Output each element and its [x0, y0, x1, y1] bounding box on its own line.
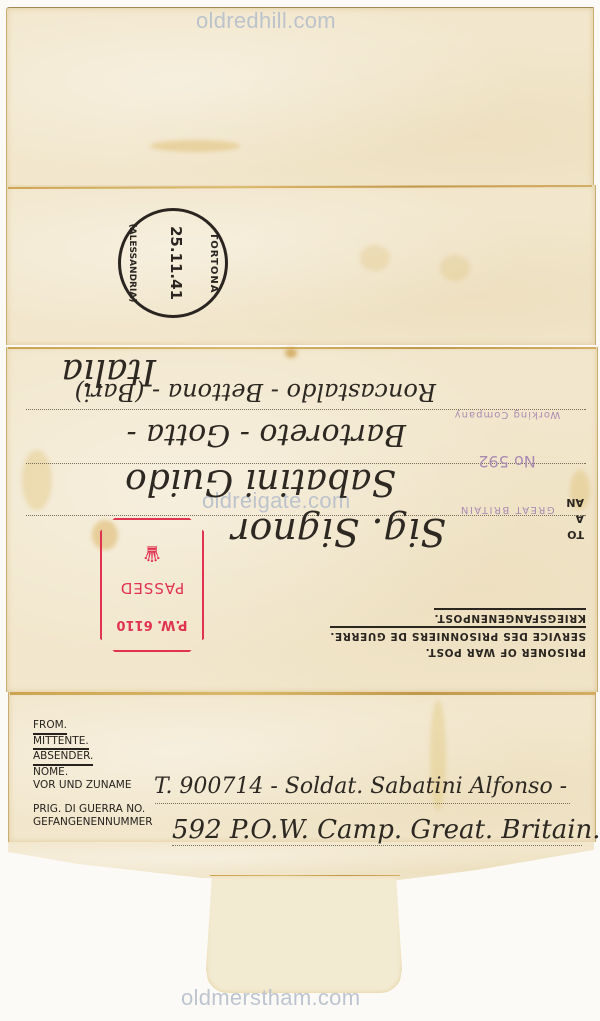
label-prig-di-guerra: PRIG. DI GUERRA NO.: [33, 803, 153, 817]
handwritten-sender-name: T. 900714 - Soldat. Sabatini Alfonso -: [154, 774, 567, 799]
to-label-english: TO: [566, 526, 584, 542]
fold-line: [210, 875, 400, 876]
crown-icon: ♛: [102, 540, 202, 565]
address-section: PRISONER OF WAR POST. SERVICE DES PRISON…: [6, 347, 596, 692]
postmark-town: TORTONA: [208, 211, 219, 315]
stamp-company-number: No 592: [442, 452, 572, 471]
label-mittente: MITTENTE.: [33, 735, 89, 751]
censor-passed-label: PASSED: [102, 579, 202, 597]
envelope-top-flap: [6, 7, 594, 190]
sender-labels: FROM. MITTENTE. ABSENDER. NOME. VOR UND …: [33, 719, 153, 830]
paper-stain: [150, 140, 240, 152]
postmark-stamp: TORTONA 25.11.41 (ALESSANDRIA): [118, 208, 228, 318]
label-absender: ABSENDER.: [33, 750, 93, 766]
envelope-tuck-tab: [206, 875, 402, 993]
sender-name-line: [155, 803, 570, 804]
label-from: FROM.: [33, 719, 67, 735]
pow-post-header: PRISONER OF WAR POST. SERVICE DES PRISON…: [296, 608, 586, 660]
pow-header-english: PRISONER OF WAR POST.: [296, 644, 586, 660]
sender-number-line: [172, 845, 582, 846]
to-labels: TO A AN: [566, 494, 584, 542]
label-nome: NOME.: [33, 766, 153, 780]
handwritten-recipient-title: Sig. Signor: [231, 510, 446, 554]
stamp-country: GREAT BRITAIN: [442, 504, 572, 515]
label-gefangenennummer: GEFANGENENNUMMER: [33, 816, 153, 830]
handwritten-recipient-street: Bartoreto - Gotta -: [126, 417, 406, 452]
censor-passed-stamp: P.W. 6110 PASSED ♛: [100, 518, 204, 652]
fold-line: [10, 692, 596, 695]
handwritten-sender-number: 592 P.O.W. Camp. Great. Britain.: [172, 815, 600, 845]
watermark: oldmerstham.com: [181, 985, 360, 1011]
watermark: oldredhill.com: [196, 8, 336, 34]
handwritten-recipient-name: Sabatini Guido: [125, 461, 396, 502]
paper-stain: [360, 245, 390, 271]
working-company-stamp: GREAT BRITAIN No 592 Working Company: [442, 397, 572, 527]
postmark-province: (ALESSANDRIA): [127, 211, 137, 315]
envelope-postmark-panel: [6, 185, 596, 345]
paper-stain: [440, 255, 470, 281]
stamp-company-label: Working Company: [442, 409, 572, 420]
pow-header-german: KRIEGSFANGENENPOST.: [434, 608, 586, 626]
postmark-date: 25.11.41: [167, 211, 185, 315]
handwritten-recipient-country: Italia: [61, 351, 156, 392]
label-vor-und-zuname: VOR UND ZUNAME: [33, 779, 153, 793]
pow-header-french: SERVICE DES PRISONNIERS DE GUERRE.: [330, 626, 586, 644]
censor-number: P.W. 6110: [102, 617, 202, 632]
